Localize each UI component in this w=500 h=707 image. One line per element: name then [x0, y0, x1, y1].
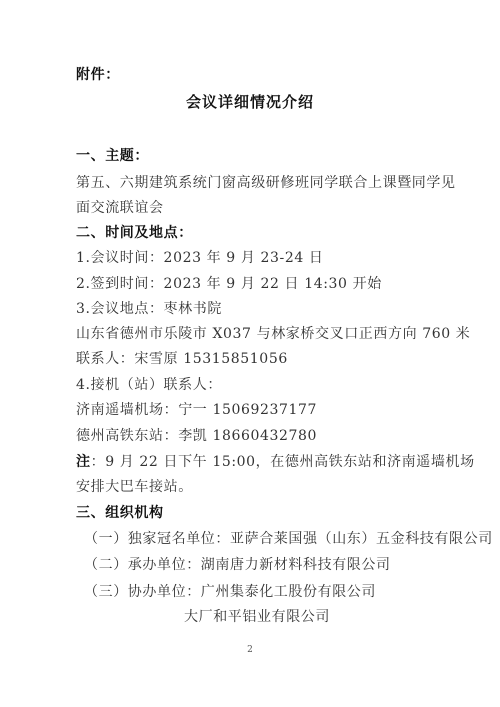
section2-heading: 二、时间及地点：	[76, 224, 193, 242]
meeting-time: 1.会议时间：2023 年 9 月 23-24 日	[76, 249, 324, 267]
note-label: 注	[76, 454, 91, 470]
host-organizer: （二）承办单位：湖南唐力新材料科技有限公司	[84, 556, 391, 574]
co-organizer-2: 大厂和平铝业有限公司	[184, 608, 330, 626]
airport-contact: 济南遥墙机场：宁一 15069237177	[76, 401, 317, 419]
section1-heading: 一、主题：	[76, 147, 149, 165]
page-title: 会议详细情况介绍	[0, 93, 500, 111]
meeting-address: 山东省德州市乐陵市 X037 与林家桥交叉口正西方向 760 米	[76, 325, 470, 343]
pickup-contacts-heading: 4.接机（站）联系人：	[76, 376, 222, 394]
section1-line-1: 第五、六期建筑系统门窗高级研修班同学联合上课暨同学见	[76, 174, 456, 192]
shuttle-note-continuation: 安排大巴车接站。	[76, 478, 193, 496]
document-page: 附件： 会议详细情况介绍 一、主题： 第五、六期建筑系统门窗高级研修班同学联合上…	[0, 0, 500, 707]
contact-person: 联系人：宋雪原 15315851056	[76, 350, 288, 368]
section3-heading: 三、组织机构	[76, 504, 164, 522]
co-organizer: （三）协办单位：广州集泰化工股份有限公司	[84, 583, 376, 601]
page-number: 2	[0, 645, 500, 655]
section1-line-2: 面交流联谊会	[76, 199, 164, 217]
title-sponsor: （一）独家冠名单位：亚萨合莱国强（山东）五金科技有限公司	[84, 530, 493, 548]
shuttle-note: 注：9 月 22 日下午 15:00，在德州高铁东站和济南遥墙机场	[76, 453, 475, 471]
station-contact: 德州高铁东站：李凯 18660432780	[76, 427, 317, 445]
checkin-time: 2.签到时间：2023 年 9 月 22 日 14:30 开始	[76, 275, 382, 293]
attachment-label: 附件：	[76, 66, 120, 84]
meeting-location: 3.会议地点：枣林书院	[76, 300, 222, 318]
note-text: ：9 月 22 日下午 15:00，在德州高铁东站和济南遥墙机场	[91, 454, 475, 470]
